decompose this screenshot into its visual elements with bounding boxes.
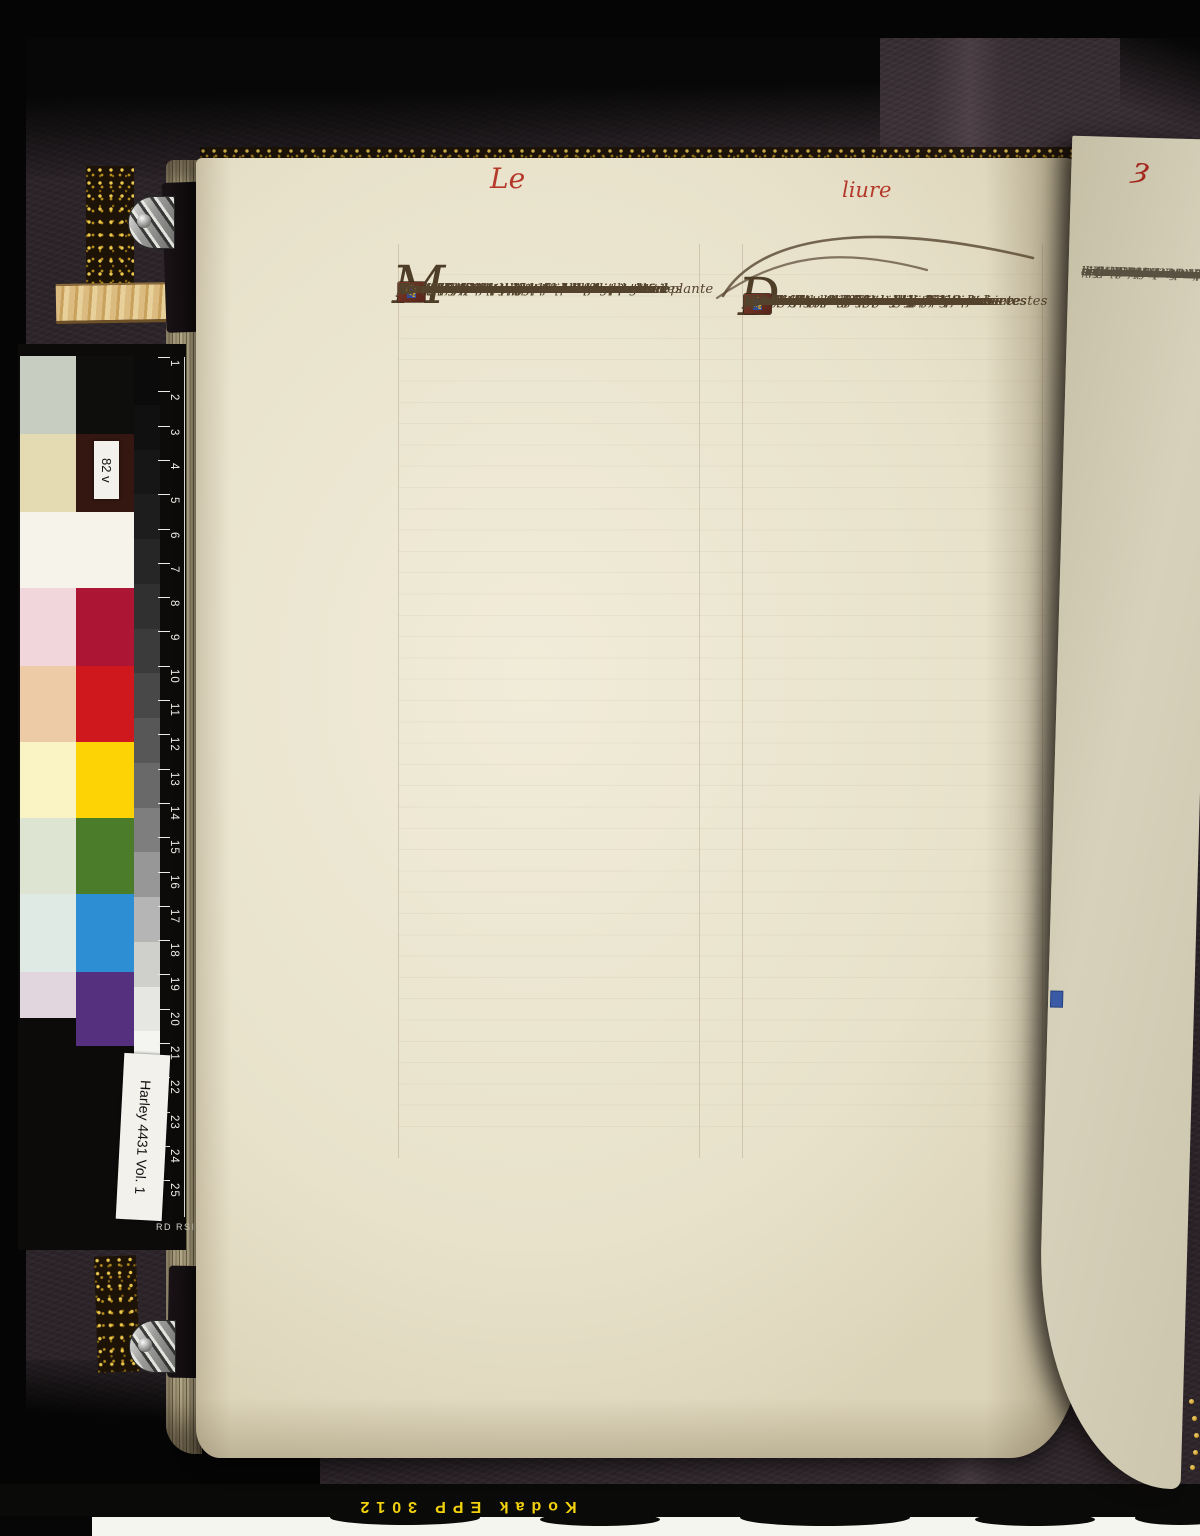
ruler-unit: 7 xyxy=(160,563,186,597)
ruler-number: 23 xyxy=(168,1115,180,1130)
film-blob xyxy=(740,1509,910,1526)
ruler-unit: 4 xyxy=(160,460,186,494)
ruler-number: 19 xyxy=(168,977,180,992)
ruler-number: 5 xyxy=(168,497,180,504)
verse-text: ais moult honnestes xyxy=(398,282,534,297)
small-illuminated-initial xyxy=(1051,991,1062,1006)
film-stock-label: Kodak EPP 3012 xyxy=(310,1493,620,1519)
ruler-unit: 14 xyxy=(160,803,186,837)
metal-clip-top xyxy=(128,196,175,249)
running-title-left: Le xyxy=(490,162,525,195)
ruler-unit: 3 xyxy=(160,426,186,460)
manuscript-page-verso: Le liure Moult pres apres li chesne a gr… xyxy=(196,158,1080,1458)
ruler-unit: 15 xyxy=(160,837,186,871)
ruler-unit: 19 xyxy=(160,974,186,1008)
ruler-unit: 6 xyxy=(160,529,186,563)
ruler-number: 20 xyxy=(168,1012,180,1027)
film-blob xyxy=(975,1513,1095,1526)
running-title-right: liure xyxy=(842,178,891,202)
ruler-number: 1 xyxy=(168,360,180,367)
ruler-number: 24 xyxy=(168,1149,180,1164)
ruler-number: 22 xyxy=(168,1080,180,1095)
ruling-vertical xyxy=(1042,244,1043,1158)
gilt-edge-dot xyxy=(1192,1416,1197,1421)
ruler-number: 12 xyxy=(168,737,180,752)
ruler-number: 2 xyxy=(168,394,180,401)
ruler-number: 6 xyxy=(168,532,180,539)
ruler-number: 3 xyxy=(168,429,180,436)
ruler-number: 9 xyxy=(168,634,180,641)
red-pen-mark: ȝ xyxy=(1130,150,1152,187)
ruler-number: 13 xyxy=(168,772,180,787)
wooden-support-bar xyxy=(56,282,175,324)
ruler-number: 10 xyxy=(168,669,180,684)
ruler-number: 11 xyxy=(168,703,180,717)
ruler-unit: 8 xyxy=(160,597,186,631)
ruler-unit: 16 xyxy=(160,872,186,906)
shelfmark-text: Harley 4431 Vol. 1 xyxy=(132,1079,154,1194)
ruler-number: 4 xyxy=(168,463,180,470)
gilt-edge-dot xyxy=(1193,1450,1198,1455)
photograph-frame: Kodak EPP 3012 1234567891011121314151617… xyxy=(0,0,1200,1536)
ruler-number: 17 xyxy=(168,909,180,924)
ruler-unit: 12 xyxy=(160,734,186,768)
ruler-unit: 5 xyxy=(160,494,186,528)
ruler-number: 25 xyxy=(168,1183,180,1198)
ruling-vertical xyxy=(742,244,743,1158)
folio-number-text: 82 v xyxy=(99,458,114,483)
ruling-vertical xyxy=(699,244,700,1158)
ruler-number: 7 xyxy=(168,566,180,573)
ruler-number: 18 xyxy=(168,943,180,958)
ruler-edge-line xyxy=(184,357,185,1217)
ruler-unit: 20 xyxy=(160,1009,186,1043)
shelfmark-label: Harley 4431 Vol. 1 xyxy=(116,1053,171,1221)
ruler-unit: 9 xyxy=(160,631,186,665)
clipped-verse-fragment: a acquise lui xyxy=(1081,264,1158,292)
gilt-edge-dot xyxy=(1190,1465,1195,1470)
ruler-unit: 1 xyxy=(160,357,186,391)
ruler-unit: 13 xyxy=(160,769,186,803)
ruler-unit: 2 xyxy=(160,391,186,425)
ruler-number: 15 xyxy=(168,840,180,855)
verse-text: ors deuant elle xyxy=(744,294,846,309)
ruler-number: 16 xyxy=(168,875,180,890)
gilt-edge-dot xyxy=(1194,1433,1199,1438)
clipped-text-lines: tres honnourable damla tres de secret de… xyxy=(1078,264,1200,268)
folio-number-label: 82 v xyxy=(94,441,119,499)
metal-clip-bottom xyxy=(129,1320,176,1373)
ruler-unit: 18 xyxy=(160,940,186,974)
ruling-lines xyxy=(398,274,1046,1142)
ruler-number: 8 xyxy=(168,600,180,607)
ruler-unit: 10 xyxy=(160,666,186,700)
color-calibration-card: 1234567891011121314151617181920212223242… xyxy=(18,344,186,1250)
gold-tooled-binding-top xyxy=(86,166,134,288)
ruler-unit: 11 xyxy=(160,700,186,734)
ruling-vertical xyxy=(398,244,399,1158)
ruler-unit: 25 xyxy=(160,1180,186,1214)
frame-edge-top xyxy=(0,0,1200,38)
ruler-number: 14 xyxy=(168,806,180,821)
ruler-unit: 17 xyxy=(160,906,186,940)
gilt-edge-dot xyxy=(1189,1399,1194,1404)
scan-edge-black-cap xyxy=(0,1516,92,1536)
